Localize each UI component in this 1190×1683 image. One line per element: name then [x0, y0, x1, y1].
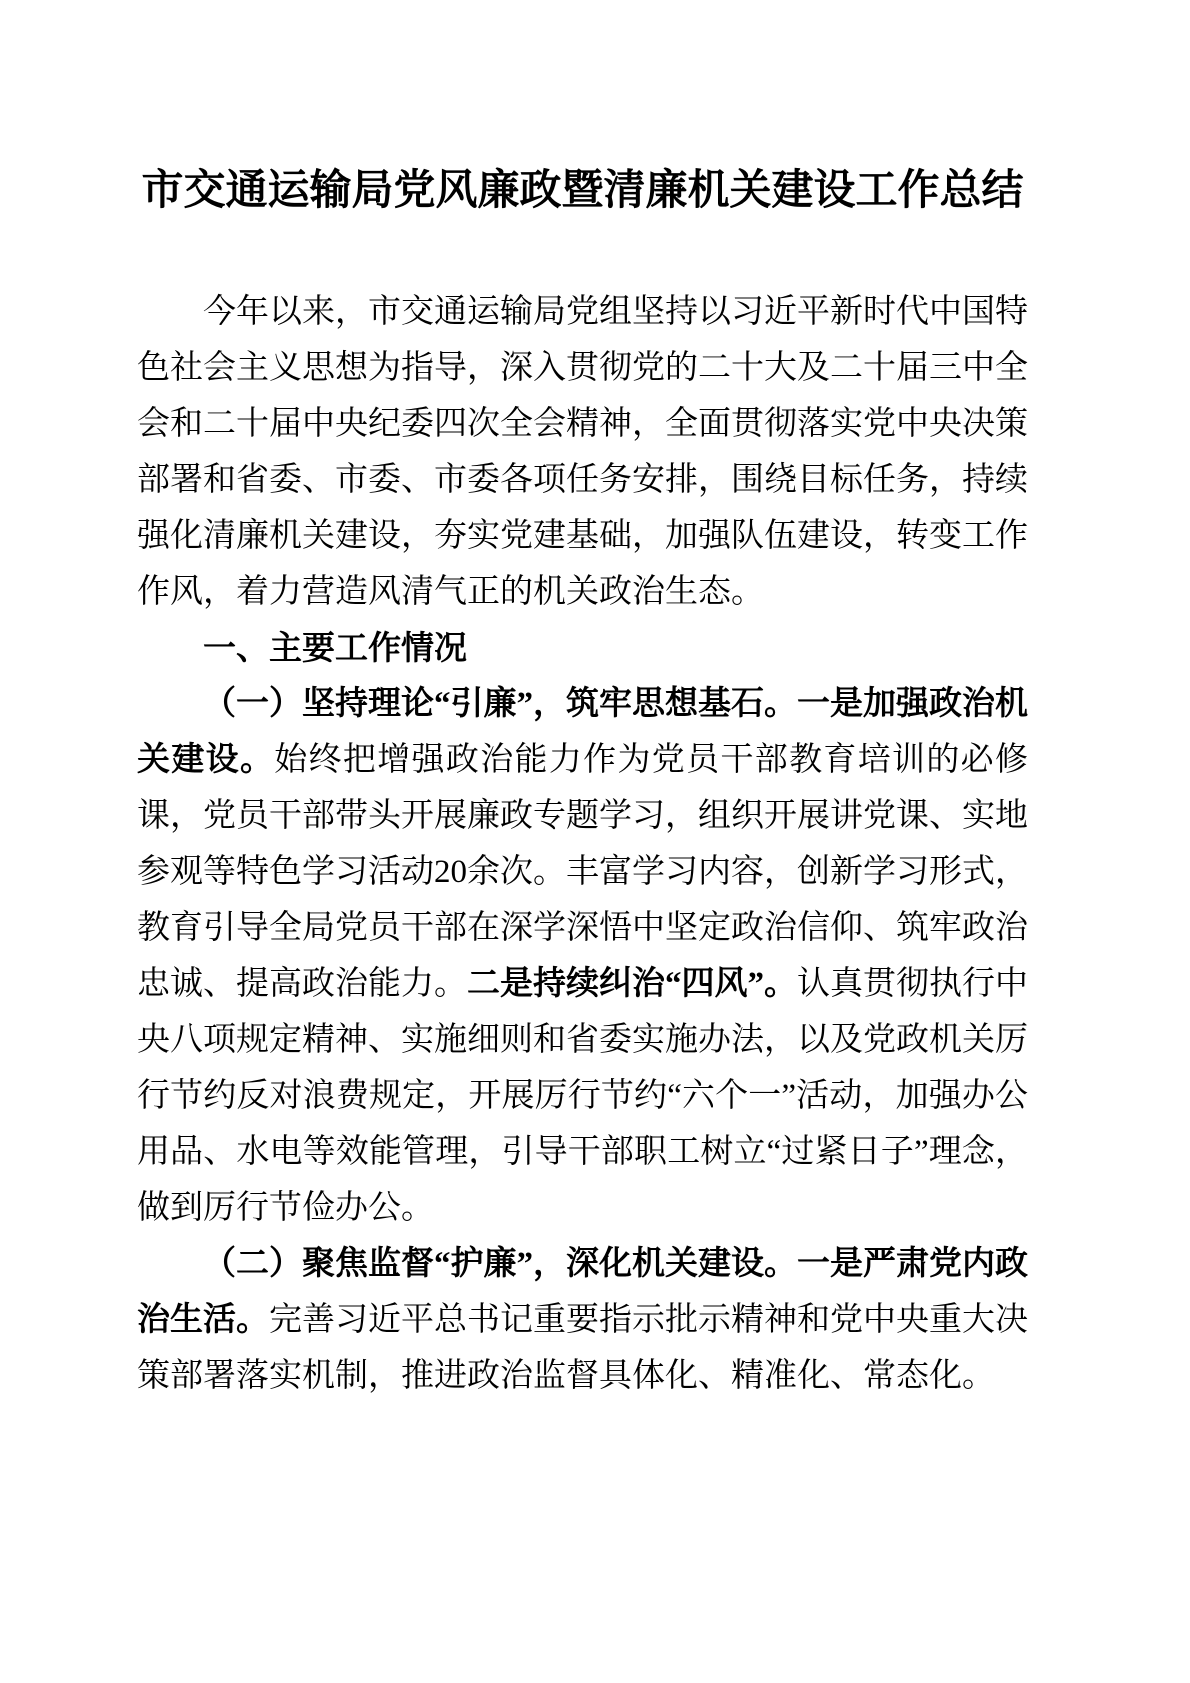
document-title: 市交通运输局党风廉政暨清廉机关建设工作总结: [137, 162, 1028, 220]
document-content: 市交通运输局党风廉政暨清廉机关建设工作总结 今年以来，市交通运输局党组坚持以习近…: [137, 0, 1028, 1404]
paragraph-1-body-2: 认真贯彻执行中央八项规定精神、实施细则和省委实施办法，以及党政机关厉行节约反对浪…: [137, 966, 1028, 1226]
paragraph-1-body-1: 始终把增强政治能力作为党员干部教育培训的必修课，党员干部带头开展廉政专题学习，组…: [137, 742, 1028, 1002]
paragraph-1-lead: （一）坚持理论“引廉”，筑牢思想基石。: [203, 686, 797, 722]
paragraph-1: （一）坚持理论“引廉”，筑牢思想基石。一是加强政治机关建设。始终把增强政治能力作…: [137, 676, 1028, 1236]
paragraph-2-body-1: 完善习近平总书记重要指示批示精神和党中央重大决策部署落实机制，推进政治监督具体化…: [137, 1302, 1028, 1394]
section-heading: 一、主要工作情况: [137, 620, 1028, 676]
document-page: 市交通运输局党风廉政暨清廉机关建设工作总结 今年以来，市交通运输局党组坚持以习近…: [0, 0, 1190, 1683]
intro-paragraph: 今年以来，市交通运输局党组坚持以习近平新时代中国特色社会主义思想为指导，深入贯彻…: [137, 284, 1028, 620]
paragraph-2-lead: （二）聚焦监督“护廉”，深化机关建设。: [203, 1246, 797, 1282]
paragraph-1-topic-2: 二是持续纠治“四风”。: [467, 966, 797, 1002]
paragraph-2: （二）聚焦监督“护廉”，深化机关建设。一是严肃党内政治生活。完善习近平总书记重要…: [137, 1236, 1028, 1404]
